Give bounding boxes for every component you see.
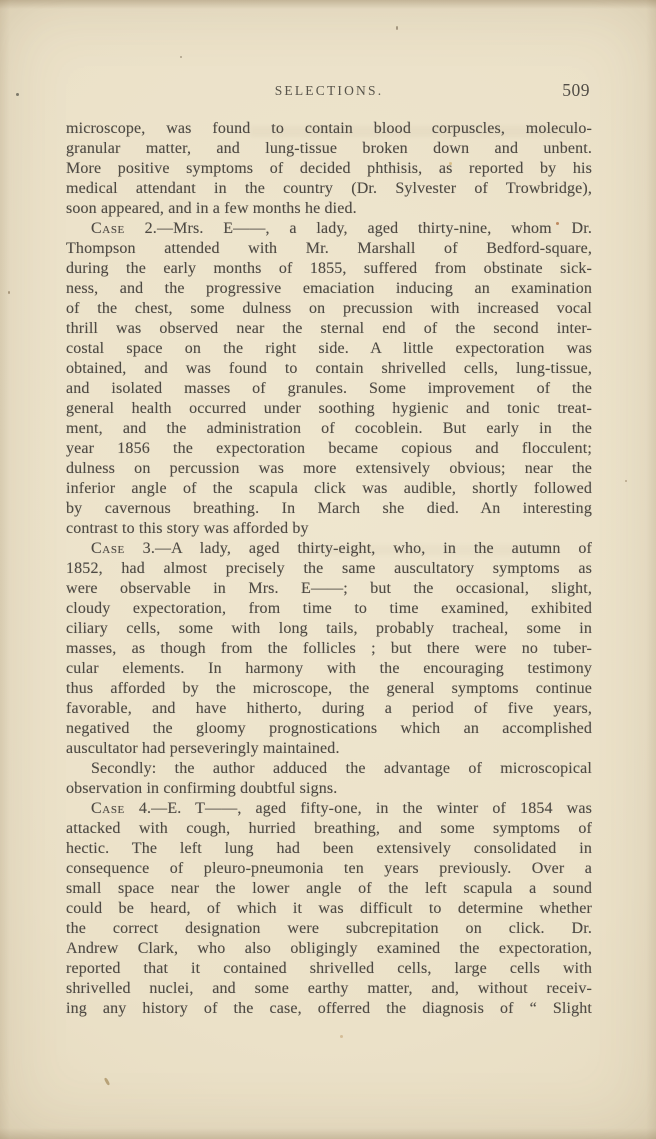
text-line: of the chest, some dulness on precussion… (66, 299, 592, 319)
text-line: attacked with cough, hurried breathing, … (66, 819, 592, 839)
text-line: favorable, and have hitherto, during a p… (66, 699, 592, 719)
text-line: medical attendant in the country (Dr. Sy… (66, 179, 592, 199)
text-line: 1852, had almost precisely the same ausc… (66, 559, 592, 579)
scanned-book-page: { "page": { "running_head": "SELECTIONS.… (0, 0, 656, 1139)
text-line: cloudy expectoration, from time to time … (66, 599, 592, 619)
text-line: inferior angle of the scapula click was … (66, 479, 592, 499)
header-row: SELECTIONS. 509 (66, 83, 592, 101)
text-line: observation in confirming doubtful signs… (66, 779, 592, 799)
text-line: the correct designation were subcrepitat… (66, 919, 592, 939)
text-line: cular elements. In harmony with the enco… (66, 659, 592, 679)
text-line: small space near the lower angle of the … (66, 879, 592, 899)
text-line: dulness on percussion was more extensive… (66, 459, 592, 479)
text-line: ness, and the progressive emaciation ind… (66, 279, 592, 299)
text-line: Secondly: the author adduced the advanta… (66, 759, 592, 779)
text-line: and isolated masses of granules. Some im… (66, 379, 592, 399)
text-line: could be heard, of which it was difficul… (66, 899, 592, 919)
case-label: Case (91, 220, 125, 237)
text-line: were observable in Mrs. E——; but the occ… (66, 579, 592, 599)
running-head: SELECTIONS. (66, 83, 592, 99)
text-line: year 1856 the expectoration became copio… (66, 439, 592, 459)
text-line: ment, and the administration of cocoblei… (66, 419, 592, 439)
text-line: shrivelled nuclei, and some earthy matte… (66, 979, 592, 999)
text-line: Andrew Clark, who also obligingly examin… (66, 939, 592, 959)
text-line: consequence of pleuro-pneumonia ten year… (66, 859, 592, 879)
text-line: microscope, was found to contain blood c… (66, 119, 592, 139)
text-line: obtained, and was found to contain shriv… (66, 359, 592, 379)
text-line: thus afforded by the microscope, the gen… (66, 679, 592, 699)
text-line: granular matter, and lung-tissue broken … (66, 139, 592, 159)
text-line: Thompson attended with Mr. Marshall of B… (66, 239, 592, 259)
text-line: negatived the gloomy prognostications wh… (66, 719, 592, 739)
case-label: Case (91, 800, 125, 817)
text-line: contrast to this story was afforded by (66, 519, 592, 539)
text-line: by cavernous breathing. In March she die… (66, 499, 592, 519)
text-line: hectic. The left lung had been extensive… (66, 839, 592, 859)
page-number: 509 (562, 80, 590, 101)
text-line: Case 4.—E. T——, aged fifty-one, in the w… (66, 799, 592, 819)
text-line: auscultator had perseveringly maintained… (66, 739, 592, 759)
text-line: ciliary cells, some with long tails, pro… (66, 619, 592, 639)
text-line: costal space on the right side. A little… (66, 339, 592, 359)
text-line: general health occurred under soothing h… (66, 399, 592, 419)
text-line: masses, as though from the follicles ; b… (66, 639, 592, 659)
text-line: ing any history of the case, offerred th… (66, 999, 592, 1019)
text-line: Case 2.—Mrs. E——, a lady, aged thirty-ni… (66, 219, 592, 239)
text-line: during the early months of 1855, suffere… (66, 259, 592, 279)
case-label: Case (91, 540, 125, 557)
text-line: thrill was observed near the sternal end… (66, 319, 592, 339)
body-text: microscope, was found to contain blood c… (66, 119, 592, 1019)
text-line: reported that it contained shrivelled ce… (66, 959, 592, 979)
text-line: More positive symptoms of decided phthis… (66, 159, 592, 179)
text-line: soon appeared, and in a few months he di… (66, 199, 592, 219)
text-line: Case 3.—A lady, aged thirty-eight, who, … (66, 539, 592, 559)
